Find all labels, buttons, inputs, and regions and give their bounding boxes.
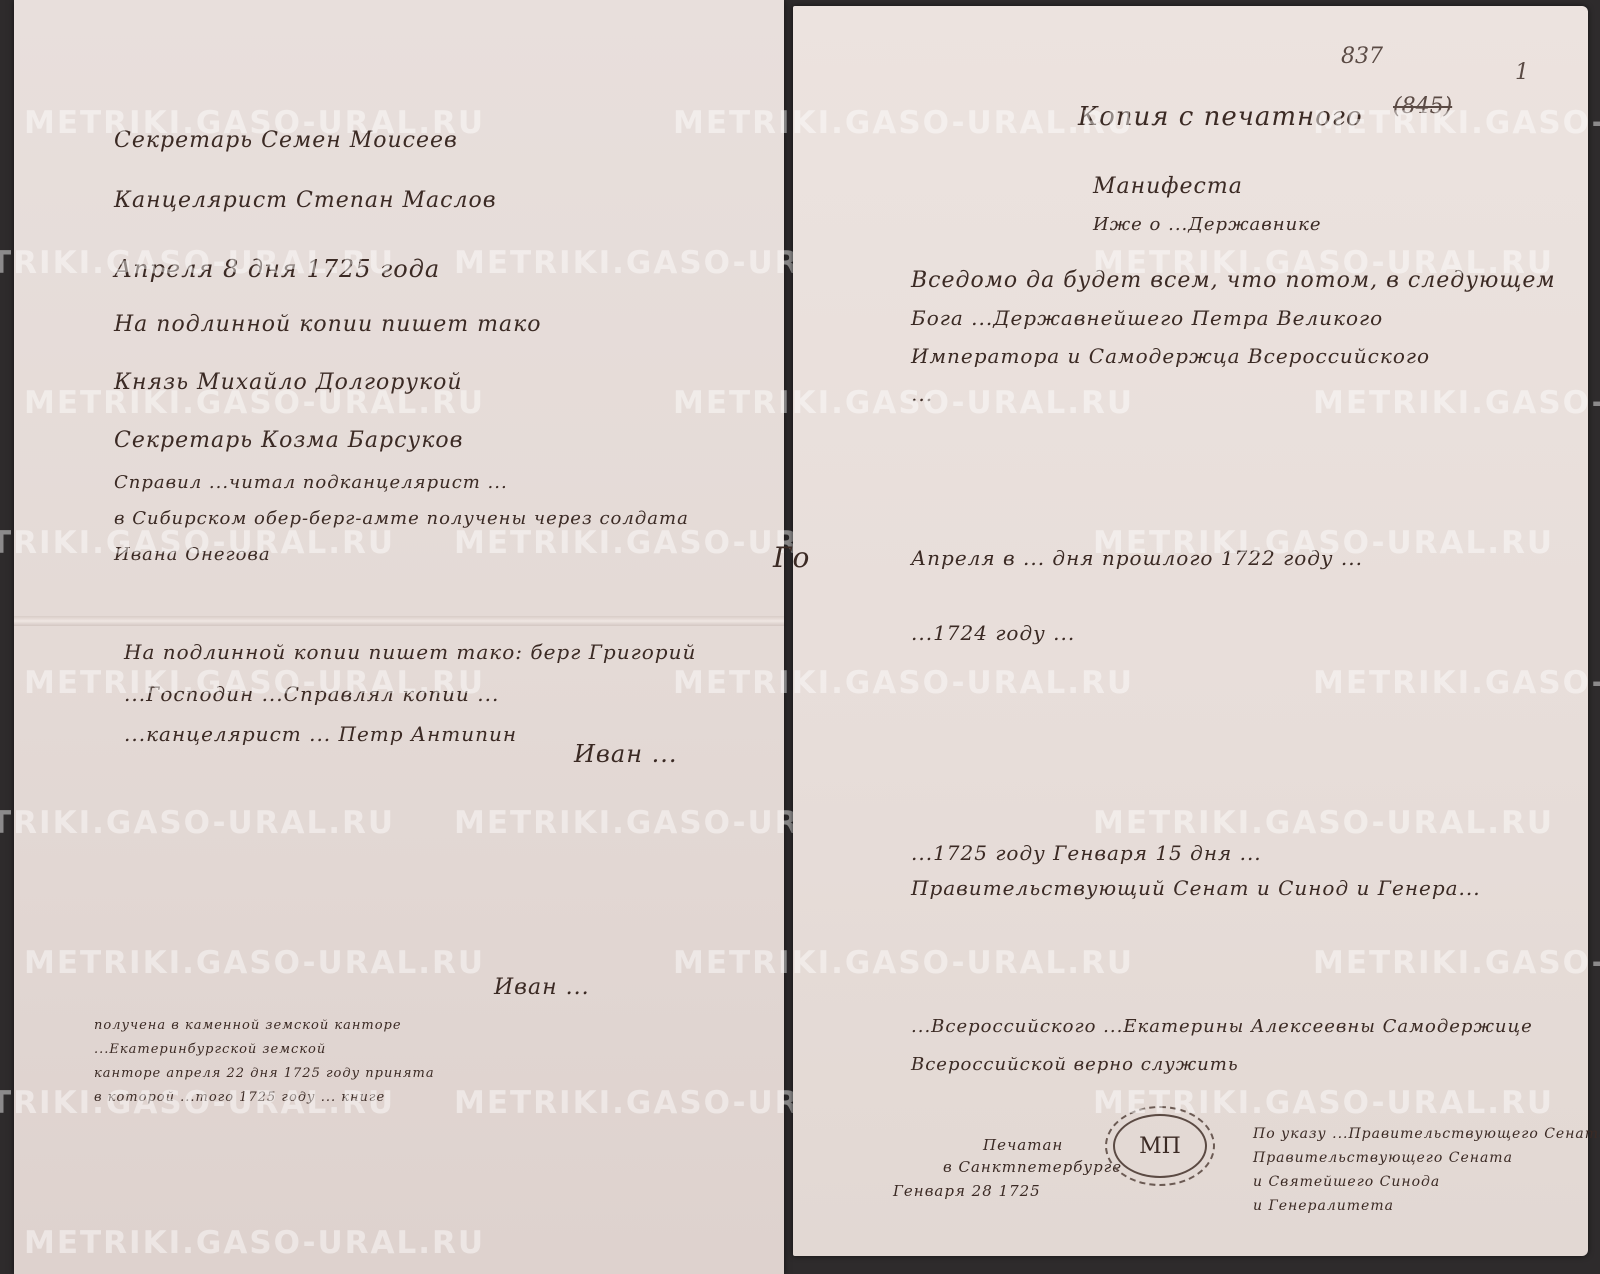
right-manuscript-page: 837 (845) 1 Копия с печатного Манифеста … [793, 6, 1588, 1256]
manuscript-line: ...1724 году ... [911, 621, 1075, 645]
watermark: METRIKI.GASO-URAL.RU [0, 805, 395, 841]
folio-number: 837 [1341, 44, 1383, 69]
watermark: METRIKI.GASO-URAL.RU [24, 385, 485, 421]
receipt-note-line: ...Екатеринбургской земской [94, 1042, 326, 1057]
watermark: METRIKI.GASO-URAL.RU [24, 665, 485, 701]
manuscript-line: На подлинной копии пишет тако: берг Григ… [124, 640, 696, 664]
manuscript-line: Справил ...читал подканцелярист ... [114, 472, 508, 493]
manuscript-line: На подлинной копии пишет тако [114, 312, 542, 337]
signature: Иван ... [574, 740, 678, 768]
manuscript-line: Императора и Самодержца Всероссийского [911, 344, 1430, 368]
watermark: METRIKI.GASO-URAL.RU [1093, 525, 1554, 561]
margin-mark: Го [773, 541, 810, 574]
watermark: METRIKI.GASO-URAL.RU [1313, 105, 1600, 141]
watermark: METRIKI.GASO-URAL.RU [673, 945, 1134, 981]
watermark: METRIKI.GASO-URAL.RU [0, 1085, 395, 1121]
imprint-line: в Санктпетербурге [943, 1158, 1122, 1176]
manuscript-line: Правительствующий Сенат и Синод и Генера… [911, 876, 1481, 900]
manuscript-line: Канцелярист Степан Маслов [114, 188, 497, 213]
watermark: METRIKI.GASO-URAL.RU [1093, 805, 1554, 841]
watermark: METRIKI.GASO-URAL.RU [1313, 665, 1600, 701]
attestation-line: и Святейшего Синода [1253, 1174, 1440, 1190]
watermark: METRIKI.GASO-URAL.RU [24, 945, 485, 981]
watermark: METRIKI.GASO-URAL.RU [673, 385, 1134, 421]
watermark: METRIKI.GASO-URAL.RU [1093, 245, 1554, 281]
manuscript-line: Секретарь Козма Барсуков [114, 428, 463, 453]
watermark: METRIKI.GASO-URAL.RU [673, 665, 1134, 701]
folio-corner-number: 1 [1515, 60, 1529, 85]
watermark: METRIKI.GASO-URAL.RU [0, 525, 395, 561]
watermark: METRIKI.GASO-URAL.RU [1313, 945, 1600, 981]
manuscript-line: Бога ...Державнейшего Петра Великого [911, 306, 1383, 330]
receipt-note-line: канторе апреля 22 дня 1725 году принята [94, 1066, 435, 1081]
document-title: Иже о ...Державнике [1093, 214, 1322, 235]
watermark: METRIKI.GASO-URAL.RU [673, 105, 1134, 141]
left-manuscript-page: Секретарь Семен Моисеев Канцелярист Степ… [14, 0, 784, 1274]
watermark: METRIKI.GASO-URAL.RU [24, 1225, 485, 1261]
document-title: Манифеста [1093, 174, 1243, 199]
page-fold [14, 616, 784, 626]
manuscript-line: ...1725 году Генваря 15 дня ... [911, 841, 1262, 865]
attestation-line: По указу ...Правительствующего Сената [1253, 1126, 1600, 1142]
watermark: METRIKI.GASO-URAL.RU [1093, 1085, 1554, 1121]
manuscript-line: Всероссийской верно служить [911, 1054, 1239, 1075]
watermark: METRIKI.GASO-URAL.RU [0, 245, 395, 281]
manuscript-line: ...Всероссийского ...Екатерины Алексеевн… [911, 1016, 1533, 1037]
attestation-line: Правительствующего Сената [1253, 1150, 1513, 1166]
manuscript-line: ...канцелярист ... Петр Антипин [124, 722, 517, 746]
watermark: METRIKI.GASO-URAL.RU [1313, 385, 1600, 421]
attestation-line: и Генералитета [1253, 1198, 1394, 1214]
signature: Иван ... [494, 975, 590, 1000]
watermark: METRIKI.GASO-URAL.RU [24, 105, 485, 141]
seal-stamp: МП [1113, 1114, 1207, 1178]
imprint-line: Печатан [983, 1136, 1063, 1154]
imprint-line: Генваря 28 1725 [893, 1182, 1041, 1200]
receipt-note-line: получена в каменной земской канторе [94, 1018, 402, 1033]
